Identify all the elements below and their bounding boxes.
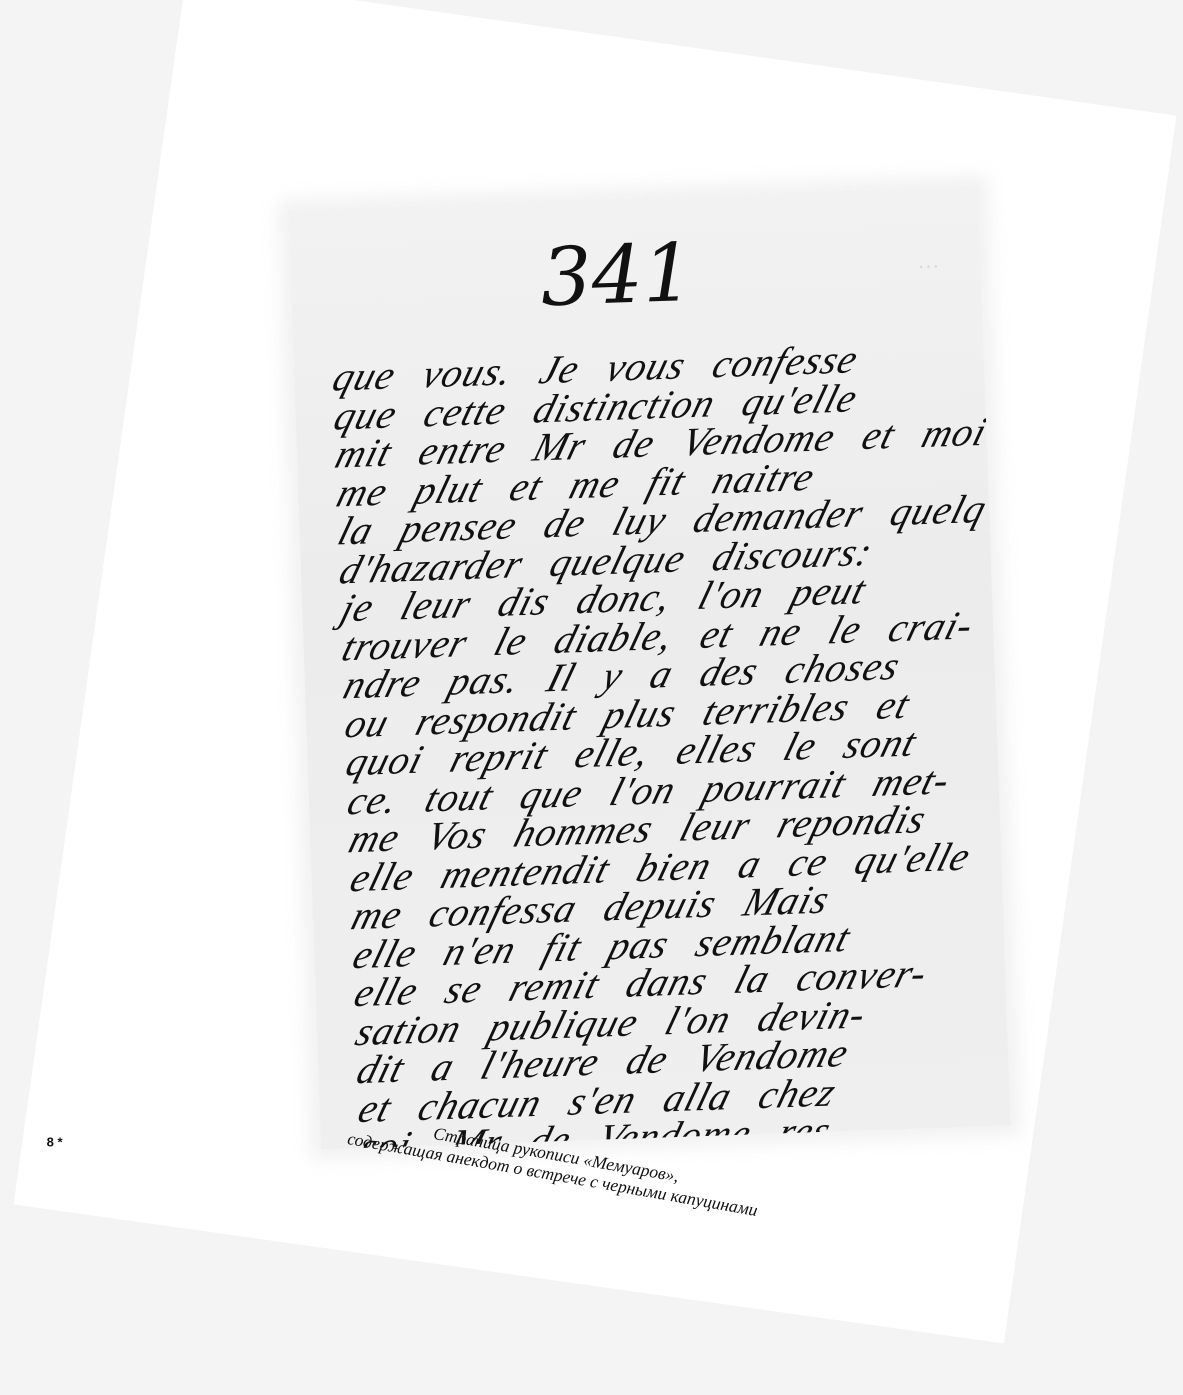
book-page: … 341 que vous. Je vous confesse que cet… xyxy=(14,0,1177,1344)
folio-number: 341 xyxy=(539,226,695,324)
manuscript-scan: … 341 que vous. Je vous confesse que cet… xyxy=(288,186,1010,1150)
faded-header-text: … xyxy=(918,247,940,274)
handwritten-text: que vous. Je vous confesse que cette dis… xyxy=(333,337,992,1150)
page-marker: 8 * xyxy=(47,1134,63,1149)
